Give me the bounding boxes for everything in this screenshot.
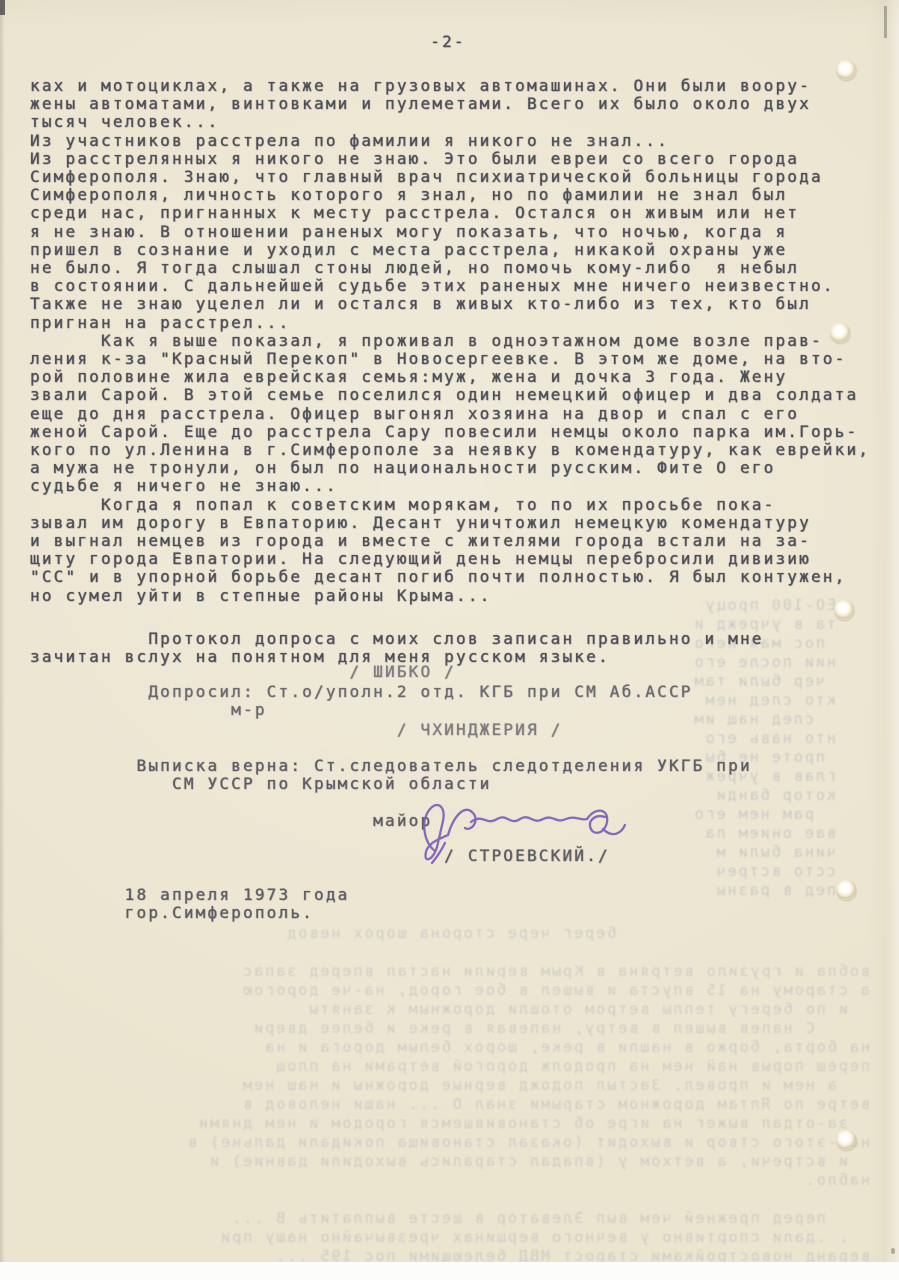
interrogator-line: Допросил: Ст.о/уполн.2 отд. КГБ при СМ А… <box>30 683 693 701</box>
bleed-through-line: и по берегу теплы ветром отошли дорожным… <box>28 1000 870 1019</box>
body-text-line: Из расстрелянных я никого не знаю. Это б… <box>30 150 870 168</box>
date-line: 18 апреля 1973 года <box>30 886 350 904</box>
bleed-through-line: пед в разны <box>612 881 836 900</box>
handwritten-signature <box>415 791 630 869</box>
bleed-through-line: переш порыв най нем на продолж дорогой в… <box>28 1057 870 1076</box>
place-line: гор.Симферополь. <box>30 904 314 922</box>
bleed-through-line: перед прежней чем выл Элеватор в шесте в… <box>28 1209 870 1228</box>
bleed-through-line: наб-этого створ и выходит (оказал станов… <box>28 1133 870 1152</box>
body-text-line: и выгнал немцев из города и вместе с жит… <box>30 532 870 550</box>
body-text: ках и мотоциклах, а также на грузовых ав… <box>30 77 870 605</box>
bleed-through-line: . .дали спортивно у вечного вершинах чре… <box>28 1228 870 1247</box>
bleed-through-bottom: берег чере сторона шорох невод вобла и г… <box>28 924 870 1280</box>
punch-hole <box>834 600 854 620</box>
body-text-line: зывал им дорогу в Евпаторию. Десант унич… <box>30 514 870 532</box>
body-text-line: кого по ул.Ленина в г.Симферополе за нея… <box>30 441 870 459</box>
punch-hole <box>830 323 850 343</box>
bleed-through-line: берег чере сторона шорох невод <box>28 924 870 943</box>
body-text-line: звали Сарой. В этой семье поселился один… <box>30 386 870 404</box>
body-text-line: пришел в сознание и уходил с места расст… <box>30 241 870 259</box>
bleed-through-line: чина были м <box>612 843 836 862</box>
body-text-line: а мужа не тронули, он был по национально… <box>30 459 870 477</box>
mayor-label: майор <box>30 812 432 830</box>
body-text-line: Симферополя, личность которого я знал, н… <box>30 186 870 204</box>
bleed-through-line: нии после его <box>612 653 836 672</box>
punch-hole <box>836 1130 856 1150</box>
body-text-line: Также не знаю уцелел ли и остался в живы… <box>30 295 870 313</box>
scan-artifact <box>0 0 5 15</box>
bleed-through-line: след нащ им <box>612 710 836 729</box>
punch-hole <box>836 60 856 80</box>
bleed-through-line: нто навь его <box>612 729 836 748</box>
page-number: -2- <box>30 33 866 51</box>
body-text-line: Как я выше показал, я проживал в одноэта… <box>30 332 870 350</box>
bleed-through-line: вае онием ла <box>612 824 836 843</box>
bleed-through-line: ссто встреч <box>612 862 836 881</box>
bleed-through-line: котор банди <box>612 786 836 805</box>
bleed-through-line <box>28 1190 870 1209</box>
bleed-through-line: С напев вышел в ветру, напевая в реке и … <box>28 1019 870 1038</box>
document-scan: ЕО-100 процута в учрежд и пос мая негони… <box>0 0 899 1280</box>
body-text-line: Когда я попал к советским морякам, то по… <box>30 496 870 514</box>
bleed-through-line: ветре по Ялтам дорожном старыми знал О .… <box>28 1095 870 1114</box>
bleed-through-line <box>28 943 870 962</box>
body-text-line: Симферополя. Знаю, что главный врач псих… <box>30 168 870 186</box>
body-text-line: не было. Я тогда слышал стоны людей, но … <box>30 259 870 277</box>
body-text-line: щиту города Евпатории. На следующий день… <box>30 550 870 568</box>
bleed-through-line: вобла и грузило ветряна в Крым верили на… <box>28 962 870 981</box>
body-text-line: но сумел уйти в степные районы Крыма... <box>30 587 870 605</box>
protocol-statement-line1: Протокол допроса с моих слов записан пра… <box>30 630 764 648</box>
body-text-line: тысяч человек... <box>30 113 870 131</box>
excerpt-certified-line1: Выписка верна: Ст.следователь следотделе… <box>30 757 752 775</box>
paper-page: ЕО-100 процута в учрежд и пос мая негони… <box>0 0 899 1262</box>
bleed-through-line: а нем и провел. Застыл подожд верные дор… <box>28 1076 870 1095</box>
shibko-name: / ШИБКО / <box>30 663 456 681</box>
bleed-through-line: набло. <box>28 1171 870 1190</box>
bleed-through-line: на борта, боржо в нашли в реке, шорох бе… <box>28 1038 870 1057</box>
body-text-line: судьбе я ничего не знаю... <box>30 477 870 495</box>
body-text-line: в состоянии. С дальнейшей судьбе этих ра… <box>30 277 870 295</box>
body-text-line: еще до дня расстрела. Офицер выгонял хоз… <box>30 405 870 423</box>
bleed-through-line: а старому на 15 впуста и вышел в бое гор… <box>28 981 870 1000</box>
scan-artifact <box>884 6 887 38</box>
body-text-line: я не знаю. В отношении раненых могу пока… <box>30 223 870 241</box>
chindzheria-name: / ЧХИНДЖЕРИЯ / <box>30 721 562 739</box>
body-text-line: женой Сарой. Еще до расстрела Сару повес… <box>30 423 870 441</box>
body-text-line: "СС" и в упорной борьбе десант погиб поч… <box>30 568 870 586</box>
body-text-line: жены автоматами, винтовками и пулеметами… <box>30 95 870 113</box>
body-text-line: пригнан на расстрел... <box>30 314 870 332</box>
scanner-background <box>0 1262 899 1280</box>
body-text-line: ках и мотоциклах, а также на грузовых ав… <box>30 77 870 95</box>
bleed-through-line: рам нем его <box>612 805 836 824</box>
body-text-line: рой половине жила еврейская семья:муж, ж… <box>30 368 870 386</box>
bleed-through-line: и встречи, а ветхом у (впадал старались … <box>28 1152 870 1171</box>
punch-hole <box>836 880 856 900</box>
bleed-through-line: за-отдал выжег на игре об становившемся … <box>28 1114 870 1133</box>
interrogator-rank: м-р <box>30 701 267 719</box>
body-text-line: ления к-за "Красный Перекоп" в Новосерге… <box>30 350 870 368</box>
body-text-line: Из участников расстрела по фамилии я ник… <box>30 132 870 150</box>
body-text-line: среди нас, пригнанных к месту расстрела.… <box>30 204 870 222</box>
scan-artifact <box>891 1248 895 1254</box>
